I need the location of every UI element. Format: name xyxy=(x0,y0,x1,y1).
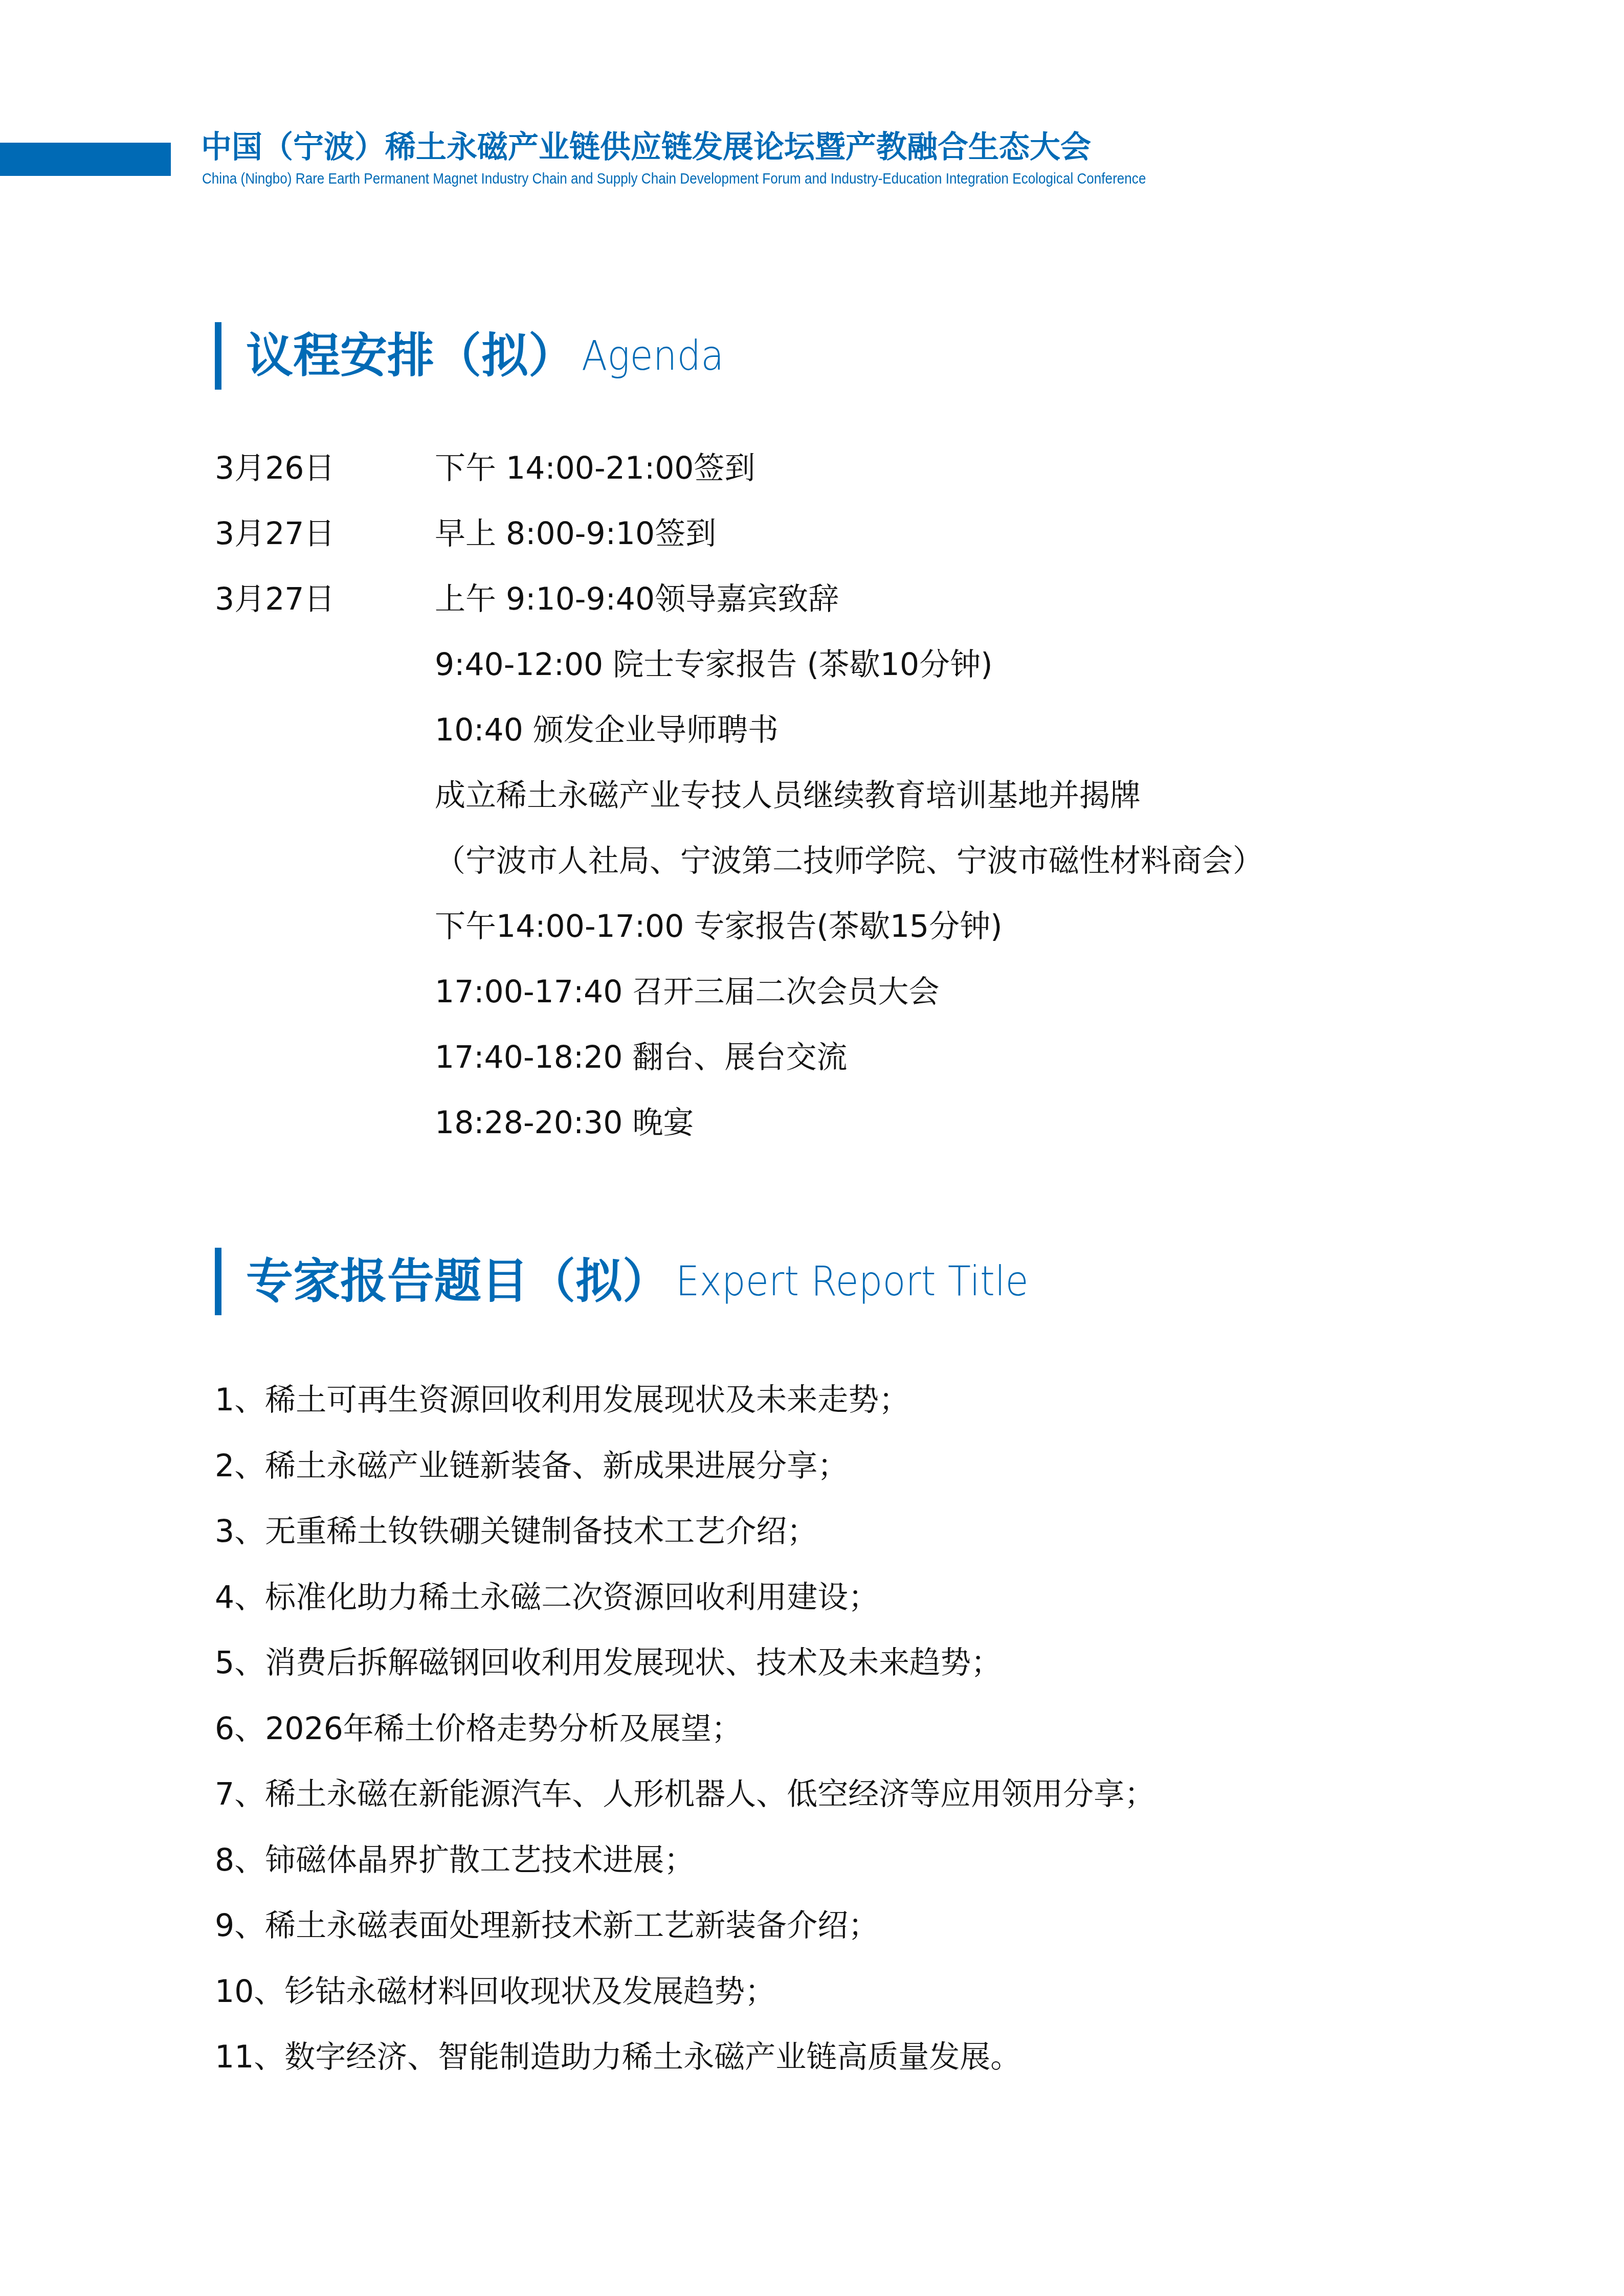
report-topic: 3、无重稀土钕铁硼关键制备技术工艺介绍； xyxy=(215,1499,1155,1565)
report-topic: 1、稀土可再生资源回收利用发展现状及未来走势； xyxy=(215,1367,1155,1433)
agenda-text: （宁波市人社局、宁波第二技师学院、宁波市磁性材料商会） xyxy=(435,828,1263,894)
agenda-text: 17:40-18:20 翻台、展台交流 xyxy=(435,1025,848,1090)
agenda-text: 9:40-12:00 院士专家报告 (茶歇10分钟) xyxy=(435,632,993,697)
agenda-title-en: Agenda xyxy=(582,322,724,390)
agenda-text: 17:00-17:40 召开三届二次会员大会 xyxy=(435,959,940,1025)
report-topics-list: 1、稀土可再生资源回收利用发展现状及未来走势； 2、稀土永磁产业链新装备、新成果… xyxy=(215,1367,1155,2090)
agenda-text: 上午 9:10-9:40领导嘉宾致辞 xyxy=(435,567,839,632)
agenda-date: 3月26日 xyxy=(215,436,335,501)
report-topic: 7、稀土永磁在新能源汽车、人形机器人、低空经济等应用领用分享； xyxy=(215,1762,1155,1828)
agenda-text: 10:40 颁发企业导师聘书 xyxy=(435,697,778,763)
agenda-date: 3月27日 xyxy=(215,501,335,567)
report-topic: 9、稀土永磁表面处理新技术新工艺新装备介绍； xyxy=(215,1893,1155,1959)
agenda-text: 下午 14:00-21:00签到 xyxy=(435,436,755,501)
agenda-date: 3月27日 xyxy=(215,567,335,632)
report-topic: 8、铈磁体晶界扩散工艺技术进展； xyxy=(215,1828,1155,1894)
agenda-heading: 议程安排（拟） Agenda xyxy=(215,322,736,390)
report-topic: 2、稀土永磁产业链新装备、新成果进展分享； xyxy=(215,1433,1155,1499)
reports-title-en: Expert Report Title xyxy=(676,1248,1029,1315)
report-topic: 11、数字经济、智能制造助力稀土永磁产业链高质量发展。 xyxy=(215,2024,1155,2090)
agenda-title-cn: 议程安排（拟） xyxy=(246,322,575,390)
report-topic: 6、2026年稀土价格走势分析及展望； xyxy=(215,1696,1155,1762)
report-topic: 5、消费后拆解磁钢回收利用发展现状、技术及未来趋势； xyxy=(215,1630,1155,1696)
conference-subtitle: China (Ningbo) Rare Earth Permanent Magn… xyxy=(202,169,1146,189)
header-accent-bar xyxy=(0,143,171,176)
agenda-text: 18:28-20:30 晚宴 xyxy=(435,1090,694,1156)
reports-heading-bar xyxy=(215,1248,221,1315)
agenda-text: 早上 8:00-9:10签到 xyxy=(435,501,716,567)
agenda-text: 成立稀土永磁产业专技人员继续教育培训基地并揭牌 xyxy=(435,763,1141,828)
agenda-heading-bar xyxy=(215,322,221,390)
conference-title: 中国（宁波）稀土永磁产业链供应链发展论坛暨产教融合生态大会 xyxy=(201,127,1091,168)
report-topic: 10、钐钴永磁材料回收现状及发展趋势； xyxy=(215,1959,1155,2025)
reports-title-cn: 专家报告题目（拟） xyxy=(246,1248,670,1315)
report-topic: 4、标准化助力稀土永磁二次资源回收利用建设； xyxy=(215,1565,1155,1631)
reports-heading: 专家报告题目（拟） Expert Report Title xyxy=(215,1248,1059,1315)
agenda-text: 下午14:00-17:00 专家报告(茶歇15分钟) xyxy=(435,894,1003,959)
